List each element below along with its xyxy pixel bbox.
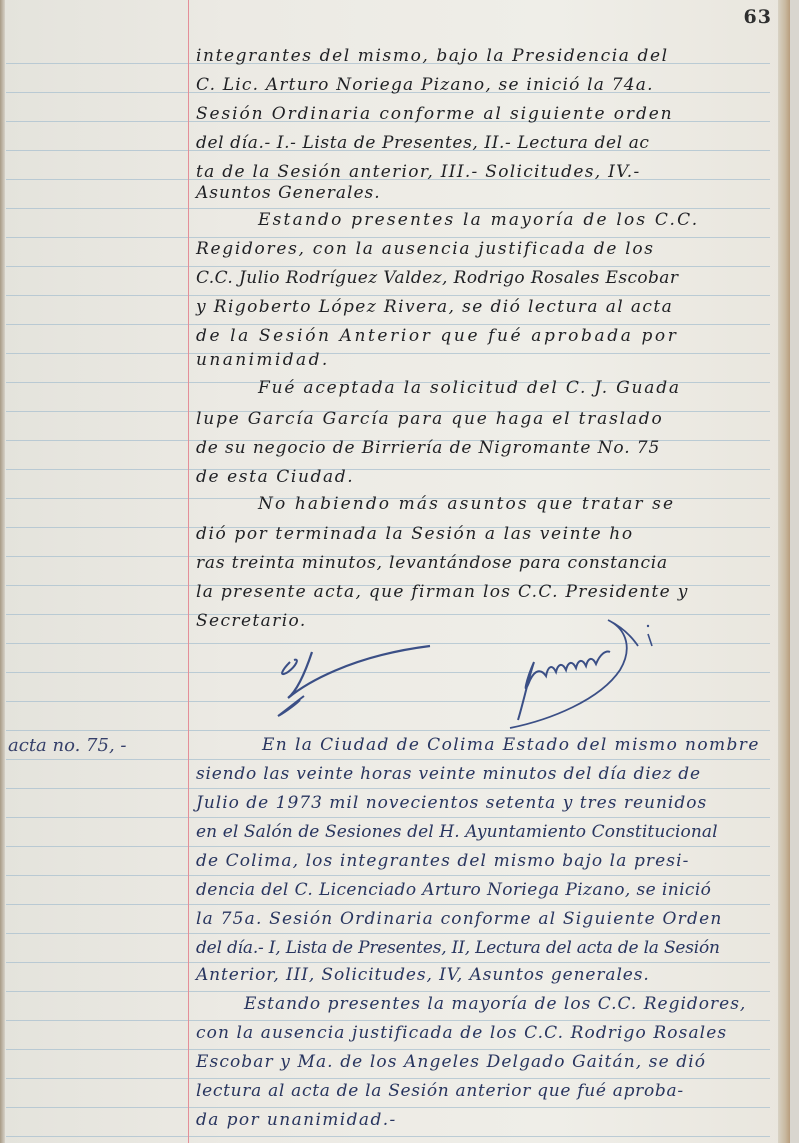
text-line: da por unanimidad.- [196, 1110, 397, 1130]
text-line: En la Ciudad de Colima Estado del mismo … [262, 735, 760, 755]
text-line: la presente acta, que firman los C.C. Pr… [196, 582, 689, 602]
text-line: de su negocio de Birriería de Nigromante… [196, 438, 660, 458]
text-line: de esta Ciudad. [196, 467, 354, 487]
rule-line [6, 730, 770, 731]
rule-line [6, 904, 770, 905]
rule-line [6, 237, 770, 238]
rule-line [6, 875, 770, 876]
text-line: Asuntos Generales. [196, 183, 381, 203]
rule-line [6, 353, 770, 354]
text-line: Fué aceptada la solicitud del C. J. Guad… [258, 378, 681, 398]
presidente-signature [260, 640, 440, 720]
text-line: C.C. Julio Rodríguez Valdez, Rodrigo Ros… [196, 268, 678, 288]
red-margin-line [188, 0, 189, 1143]
text-line: y Rigoberto López Rivera, se dió lectura… [196, 297, 673, 317]
rule-line [6, 1136, 770, 1137]
text-line: integrantes del mismo, bajo la Presidenc… [196, 46, 669, 66]
text-line: Sesión Ordinaria conforme al siguiente o… [196, 104, 674, 124]
rule-line [6, 266, 770, 267]
text-line: dencia del C. Licenciado Arturo Noriega … [196, 880, 711, 900]
text-line: Regidores, con la ausencia justificada d… [196, 239, 655, 259]
text-line: de la Sesión Anterior que fué aprobada p… [196, 326, 679, 346]
rule-line [6, 991, 770, 992]
text-line: Anterior, III, Solicitudes, IV, Asuntos … [196, 965, 650, 985]
rule-line [6, 846, 770, 847]
text-line: Julio de 1973 mil novecientos setenta y … [196, 793, 707, 813]
text-line: lupe García García para que haga el tras… [196, 409, 664, 429]
rule-line [6, 324, 770, 325]
rule-line [6, 1049, 770, 1050]
text-line: unanimidad. [196, 350, 330, 370]
rule-line [6, 759, 770, 760]
rule-line [6, 208, 770, 209]
text-line: de Colima, los integrantes del mismo baj… [196, 851, 690, 871]
text-line: en el Salón de Sesiones del H. Ayuntamie… [196, 822, 718, 842]
rule-line [6, 788, 770, 789]
page-edge [778, 0, 790, 1143]
text-line: lectura al acta de la Sesión anterior qu… [196, 1081, 684, 1101]
rule-line [6, 1020, 770, 1021]
page-binding [0, 0, 5, 1143]
rule-line [6, 469, 770, 470]
rule-line [6, 962, 770, 963]
text-line: del día.- I.- Lista de Presentes, II.- L… [196, 133, 650, 153]
text-line: Estando presentes la mayoría de los C.C. [258, 210, 699, 230]
text-line: Estando presentes la mayoría de los C.C.… [244, 994, 746, 1014]
text-line: ta de la Sesión anterior, III.- Solicitu… [196, 162, 641, 182]
page-number: 63 [744, 6, 772, 28]
rule-line [6, 1078, 770, 1079]
ledger-page: 63 integrantes del mismo, bajo la Presid… [0, 0, 790, 1143]
rule-line [6, 1107, 770, 1108]
text-line: con la ausencia justificada de los C.C. … [196, 1023, 727, 1043]
text-line: C. Lic. Arturo Noriega Pizano, se inició… [196, 75, 654, 95]
text-line: dió por terminada la Sesión a las veinte… [196, 524, 634, 544]
margin-label-acta-75: acta no. 75, - [8, 735, 127, 756]
text-line: siendo las veinte horas veinte minutos d… [196, 764, 701, 784]
text-line: la 75a. Sesión Ordinaria conforme al Sig… [196, 909, 723, 929]
text-line: Escobar y Ma. de los Angeles Delgado Gai… [196, 1052, 706, 1072]
text-line: ras treinta minutos, levantándose para c… [196, 553, 668, 573]
rule-line [6, 295, 770, 296]
text-line: Secretario. [196, 611, 307, 631]
secretario-signature [490, 610, 680, 730]
text-line: No habiendo más asuntos que tratar se [258, 494, 675, 514]
text-line: del día.- I, Lista de Presentes, II, Lec… [196, 938, 720, 958]
rule-line [6, 933, 770, 934]
rule-line [6, 817, 770, 818]
